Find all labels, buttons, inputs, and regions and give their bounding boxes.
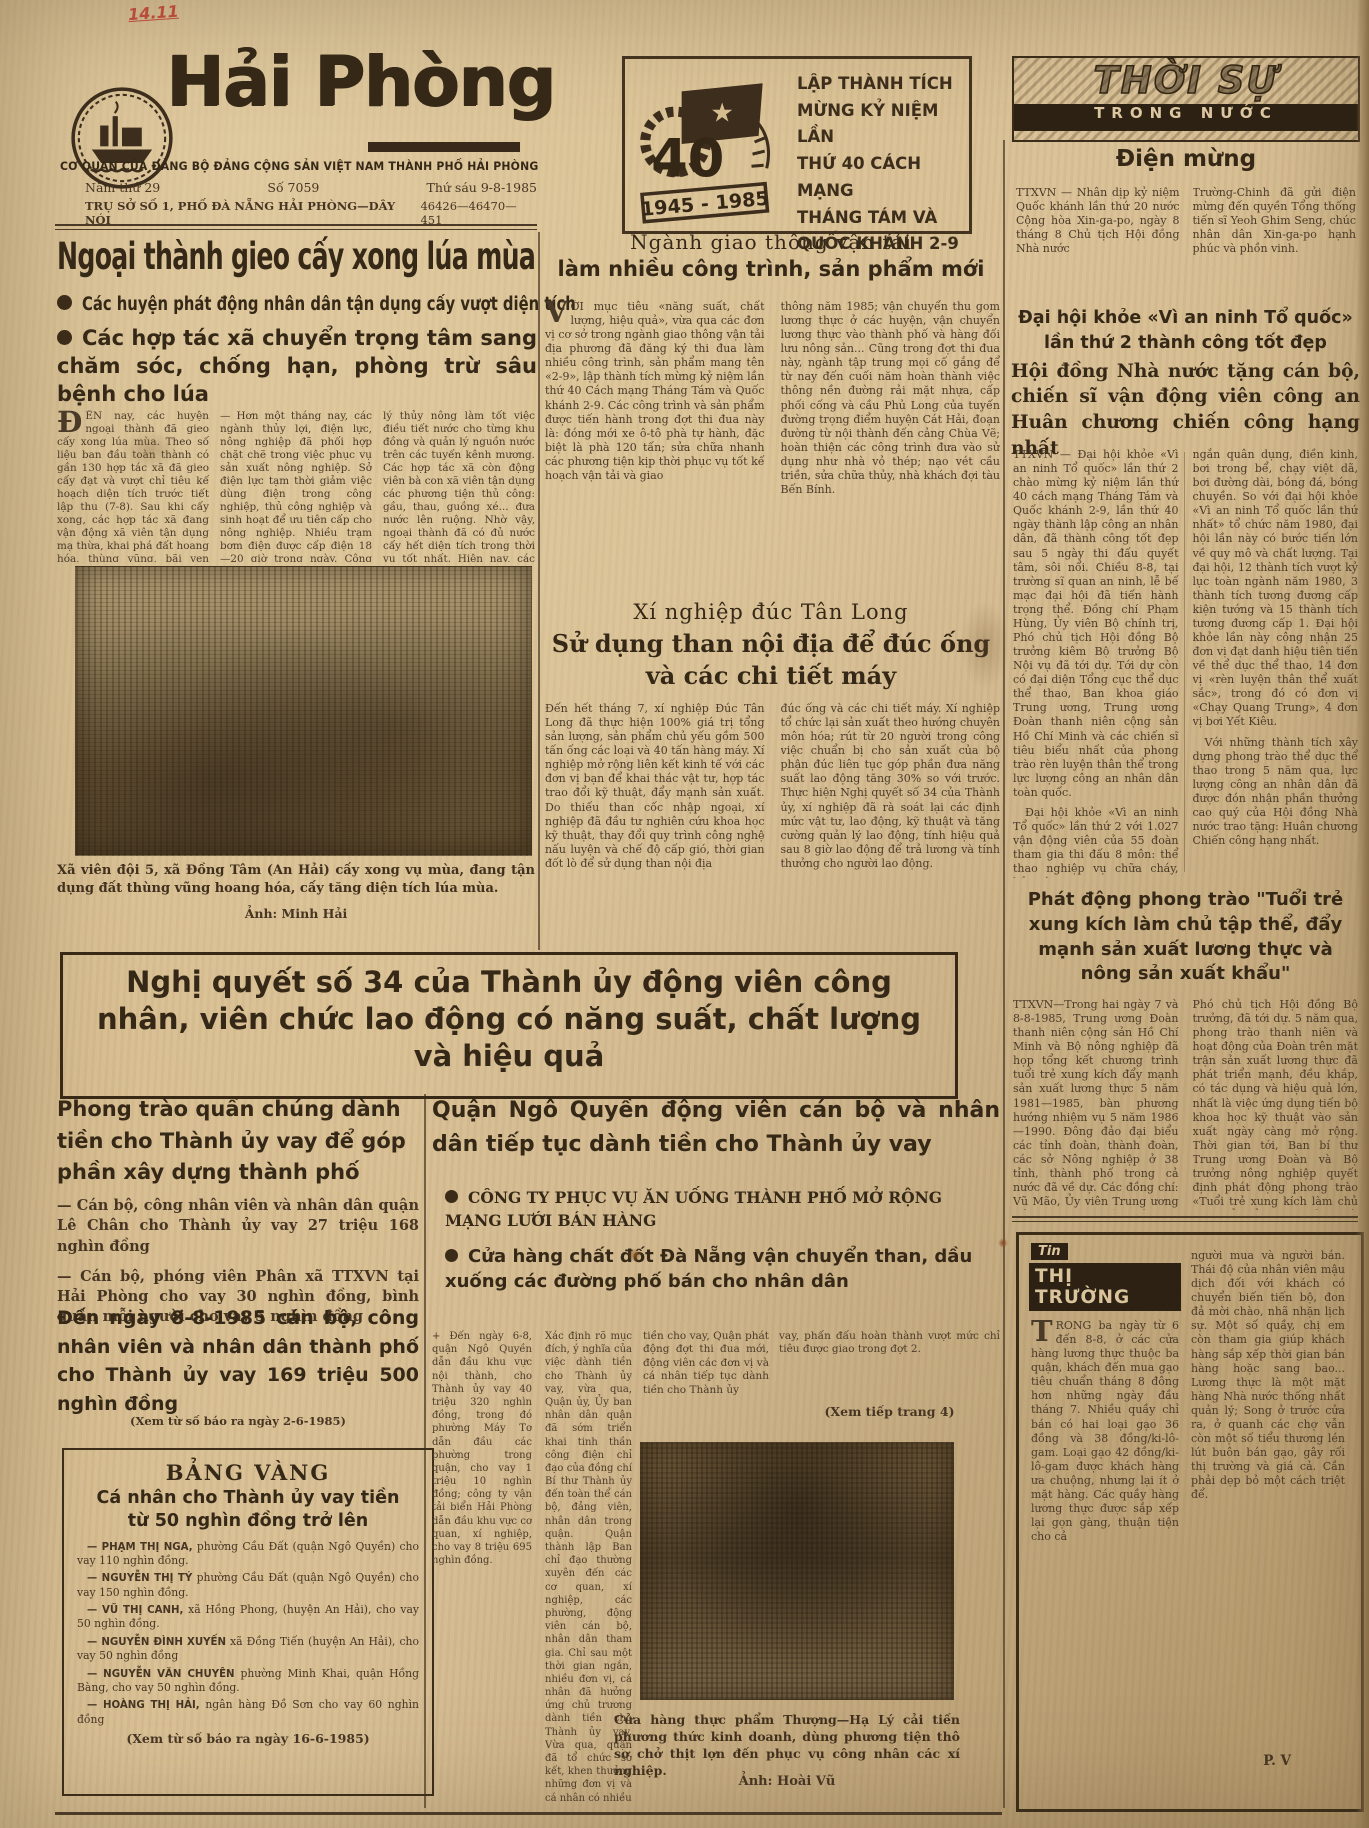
list-item: — NGUYỄN THỊ TÝ phường Cầu Đất (quận Ngô… (77, 1571, 419, 1599)
photo-caption: Xã viên đội 5, xã Đồng Tâm (An Hải) cấy … (57, 862, 535, 897)
headline-line: nông sản xuất khẩu" (1011, 962, 1360, 987)
headline-line: Đại hội khỏe «Vì an ninh Tổ quốc» (1011, 306, 1360, 331)
headline-line: và hiệu quả (63, 1038, 955, 1075)
headline-line: mạnh sản xuất lương thực và (1011, 938, 1360, 963)
article-text: vay, phấn đấu hoàn thành vượt mức chỉ ti… (779, 1330, 1000, 1357)
reference-note: (Xem từ số báo ra ngày 16-6-1985) (64, 1731, 432, 1746)
article-body-giao-thong: VỚI mục tiêu «năng suất, chất lượng, hiệ… (545, 300, 1000, 524)
article-body-tan-long: Đến hết tháng 7, xí nghiệp Đúc Tân Long … (545, 702, 1000, 948)
city-emblem-icon (70, 86, 174, 190)
slogan-line: LẬP THÀNH TÍCH (797, 71, 961, 98)
ngo-quyen-bullet-1: CÔNG TY PHỤC VỤ ĂN UỐNG THÀNH PHỐ MỞ RỘN… (445, 1186, 1000, 1233)
bullet-text: Các hợp tác xã chuyển trọng tâm sang chă… (57, 326, 537, 406)
article-text: Trường-Chinh đã gửi điện mừng đến quyền … (1193, 186, 1357, 256)
article-text: người mua và người bán. Thái độ của nhân… (1191, 1249, 1345, 1502)
article-text: Với những thành tích xây dựng phong trào… (1193, 736, 1359, 849)
slogan-line: THỨ 40 CÁCH MẠNG (797, 151, 961, 204)
article-text: Đại hội khỏe «Vì an ninh Tổ quốc» lần th… (1013, 806, 1179, 878)
date-label: Thứ sáu 9-8-1985 (427, 180, 537, 195)
section-rule (1012, 1216, 1358, 1222)
author-signature: P. V (1263, 1753, 1291, 1769)
person-name: — NGUYỄN ĐÌNH XUYẾN (87, 1637, 226, 1648)
bullet-icon (445, 1249, 458, 1262)
list-item: — PHẠM THỊ NGA, phường Cầu Đất (quận Ngô… (77, 1540, 419, 1568)
article-text: VỚI mục tiêu «năng suất, chất lượng, hiệ… (545, 300, 765, 483)
anniversary-badge-box: ★ 40 1945 - 1985 LẬP THÀNH TÍCH MỪNG KỶ … (622, 56, 972, 234)
kicker-giao-thong: Ngành giao thông vận tải (545, 230, 997, 254)
paper-title: Hải Phòng (166, 48, 546, 117)
headline-dai-hoi-khoe: Đại hội khỏe «Vì an ninh Tổ quốc» lần th… (1011, 306, 1360, 461)
honor-roll-subtitle: Cá nhân cho Thành ủy vay tiền từ 50 nghì… (64, 1487, 432, 1533)
person-name: — PHẠM THỊ NGA, (87, 1542, 193, 1553)
photo-rice-field (75, 566, 532, 856)
list-item: — NGUYỄN ĐÌNH XUYẾN xã Đồng Tiến (huyện … (77, 1635, 419, 1663)
article-text: Đến hết tháng 7, xí nghiệp Đúc Tân Long … (545, 702, 765, 871)
bullet-icon (445, 1190, 458, 1203)
article-text: + Đến ngày 6-8, quận Ngô Quyền dẫn đầu k… (432, 1330, 532, 1567)
list-item: — HOÀNG THỊ HẢI, ngân hàng Đồ Sơn cho va… (77, 1698, 419, 1726)
list-item: — Cán bộ, công nhân viên và nhân dân quậ… (57, 1196, 419, 1257)
article-column: tiền cho vay, Quận phát động đợt thi đua… (643, 1330, 769, 1436)
bullet-icon (57, 330, 72, 345)
masthead-rule (55, 224, 537, 230)
article-text: TRONG ba ngày từ 6 đến 8-8, ở các cửa hà… (1031, 1319, 1179, 1544)
headline-phong-trao-quan-chung: Phong trào quần chúng dành tiền cho Thàn… (57, 1094, 421, 1189)
banner-line1: THỜI SỰ (1014, 58, 1358, 104)
article-column: vay, phấn đấu hoàn thành vượt mức chỉ ti… (779, 1330, 1000, 1402)
headline-text: Ngoại thành gieo cấy xong lúa mùa (57, 238, 535, 275)
article-text: thông năm 1985; vận chuyển thu gom lương… (781, 300, 1001, 497)
photo-credit: Ảnh: Hoài Vũ (614, 1774, 960, 1789)
list-item: — NGUYỄN VĂN CHUYÊN phường Minh Khai, qu… (77, 1667, 419, 1695)
headline-giao-thong: làm nhiều công trình, sản phẩm mới (545, 257, 997, 281)
headline-line: Phát động phong trào "Tuổi trẻ (1011, 888, 1360, 913)
bullet-text: Cửa hàng chất đốt Đà Nẵng vận chuyển tha… (445, 1246, 972, 1292)
phong-trao-summary: Đến ngày 8-8-1985 cán bộ, công nhân viên… (57, 1304, 419, 1418)
article-title-dien-mung: Điện mừng (1016, 146, 1356, 172)
title-underline-bar (368, 142, 520, 152)
svg-text:★: ★ (710, 99, 734, 129)
article-text: TTXVN — Nhân dịp kỷ niệm Quốc khánh lần … (1016, 186, 1180, 256)
headline-line: Nghị quyết số 34 của Thành ủy động viên … (63, 964, 955, 1001)
issue-number: Số 7059 (267, 180, 319, 195)
honor-roll-box: BẢNG VÀNG Cá nhân cho Thành ủy vay tiền … (62, 1448, 434, 1796)
address-label: TRỤ SỞ SỐ 1, PHỐ ĐÀ NẴNG HẢI PHÒNG—DÂY N… (85, 199, 420, 227)
article-body-dien-mung: TTXVN — Nhân dịp kỷ niệm Quốc khánh lần … (1016, 186, 1356, 300)
reference-note: (Xem từ số báo ra ngày 2-6-1985) (57, 1414, 419, 1428)
person-name: — VŨ THỊ CANH, (87, 1605, 183, 1616)
bullet-text: CÔNG TY PHỤC VỤ ĂN UỐNG THÀNH PHỐ MỞ RỘN… (445, 1188, 942, 1230)
person-name: — NGUYỄN VĂN CHUYÊN (87, 1669, 235, 1680)
headline-line: và các chi tiết máy (545, 660, 997, 692)
column-rule (538, 232, 540, 950)
person-name: — NGUYỄN THỊ TÝ (87, 1573, 192, 1584)
lead-bullet-2: Các hợp tác xã chuyển trọng tâm sang chă… (57, 324, 537, 408)
article-body-dai-hoi-khoe: TTXVN — Đại hội khỏe «Vì an ninh Tổ quốc… (1013, 448, 1358, 878)
article-text: lý thủy nông làm tốt việc điều tiết nước… (383, 410, 535, 562)
continuation-note: (Xem tiếp trang 4) (779, 1404, 1000, 1419)
headline-ngo-quyen: Quận Ngô Quyền động viên cán bộ và nhân … (432, 1094, 1000, 1162)
banner-line2: TRONG NƯỚC (1014, 104, 1358, 131)
article-column: + Đến ngày 6-8, quận Ngô Quyền dẫn đầu k… (432, 1330, 532, 1808)
newspaper-page: 14.11 Hải Phòng CƠ QUAN CỦA ĐẢNG BỘ ĐẢNG… (0, 0, 1369, 1828)
article-text: — Hơn một tháng nay, các ngành thủy lợi,… (220, 410, 372, 562)
column-rule (1003, 140, 1005, 1808)
article-text: tiền cho vay, Quận phát động đợt thi đua… (643, 1330, 769, 1397)
page-edge-shadow (1356, 0, 1369, 1828)
headline-line: phần xây dựng thành phố (57, 1157, 421, 1189)
ngo-quyen-bullet-2: Cửa hàng chất đốt Đà Nẵng vận chuyển tha… (445, 1244, 1000, 1294)
headline-line: tiền cho Thành ủy vay để góp (57, 1126, 421, 1158)
photo-caption: Cửa hàng thực phẩm Thượng—Hạ Lý cải tiến… (614, 1712, 960, 1780)
boxed-headline-nghi-quyet-34: Nghị quyết số 34 của Thành ủy động viên … (60, 952, 958, 1099)
article-text: Phó chủ tịch Hội đồng Bộ trưởng, đã tới … (1193, 998, 1359, 1210)
40th-anniversary-emblem-icon: ★ 40 1945 - 1985 (629, 63, 791, 225)
headline-line: Sử dụng than nội địa để đúc ống (545, 628, 997, 660)
honor-roll-entries: — PHẠM THỊ NGA, phường Cầu Đất (quận Ngô… (64, 1533, 432, 1727)
article-text: TTXVN — Đại hội khỏe «Vì an ninh Tổ quốc… (1013, 448, 1179, 800)
bullet-icon (57, 295, 72, 310)
label-thi-truong: THỊ TRƯỜNG (1029, 1263, 1181, 1311)
headline-line: nhân, viên chức lao động có năng suất, c… (63, 1001, 955, 1038)
issue-info-row: Năm thứ 29 Số 7059 Thứ sáu 9-8-1985 (85, 180, 537, 195)
handwritten-annotation: 14.11 (127, 0, 218, 24)
subheadline: Hội đồng Nhà nước tặng cán bộ, chiến sĩ … (1011, 359, 1360, 462)
bullet-text: Các huyện phát động nhân dân tận dụng cấ… (82, 294, 576, 315)
photo-credit: Ảnh: Minh Hải (57, 906, 535, 921)
article-body-phat-dong: TTXVN—Trong hai ngày 7 và 8-8-1985, Trun… (1013, 998, 1358, 1210)
article-text: ngắn quân dụng, điền kinh, bơi trong bể,… (1193, 448, 1359, 730)
label-tin: Tin (1031, 1243, 1068, 1260)
honor-roll-title: BẢNG VÀNG (64, 1460, 432, 1485)
article-text: ĐẾN nay, các huyện ngoại thành đã gieo c… (57, 410, 209, 562)
year-label: Năm thứ 29 (85, 180, 160, 195)
organ-line: CƠ QUAN CỦA ĐẢNG BỘ ĐẢNG CỘNG SẢN VIỆT N… (60, 160, 526, 173)
headline-tan-long: Sử dụng than nội địa để đúc ống và các c… (545, 628, 997, 693)
person-name: — HOÀNG THỊ HẢI, (87, 1700, 200, 1711)
phone-numbers: 46426—46470—451 (420, 199, 537, 227)
headline-line: lần thứ 2 thành công tốt đẹp (1011, 331, 1360, 356)
article-text: TTXVN—Trong hai ngày 7 và 8-8-1985, Trun… (1013, 998, 1179, 1210)
section-banner-thoi-su: THỜI SỰ TRONG NƯỚC (1012, 56, 1360, 142)
slogan-line: MỪNG KỶ NIỆM LẦN (797, 98, 961, 151)
slogan-line: THÁNG TÁM VÀ (797, 205, 961, 232)
list-item: — VŨ THỊ CANH, xã Hồng Phong, (huyện An … (77, 1603, 419, 1631)
bottom-rule (55, 1812, 1002, 1815)
market-news-box: Tin THỊ TRƯỜNG TRONG ba ngày từ 6 đến 8-… (1016, 1232, 1364, 1812)
market-news-label: Tin THỊ TRƯỜNG (1029, 1243, 1181, 1299)
headline-line: xung kích làm chủ tập thể, đẩy (1011, 913, 1360, 938)
article-text: đúc ống và các chi tiết máy. Xí nghiệp t… (781, 702, 1001, 871)
lead-article-body: ĐẾN nay, các huyện ngoại thành đã gieo c… (57, 410, 535, 562)
address-row: TRỤ SỞ SỐ 1, PHỐ ĐÀ NẴNG HẢI PHÒNG—DÂY N… (85, 199, 537, 227)
kicker-tan-long: Xí nghiệp đúc Tân Long (545, 600, 997, 624)
photo-food-store (640, 1442, 954, 1700)
headline-line: Phong trào quần chúng dành (57, 1094, 421, 1126)
svg-text:40: 40 (651, 128, 724, 189)
headline-phat-dong-phong-trao: Phát động phong trào "Tuổi trẻ xung kích… (1011, 888, 1360, 987)
